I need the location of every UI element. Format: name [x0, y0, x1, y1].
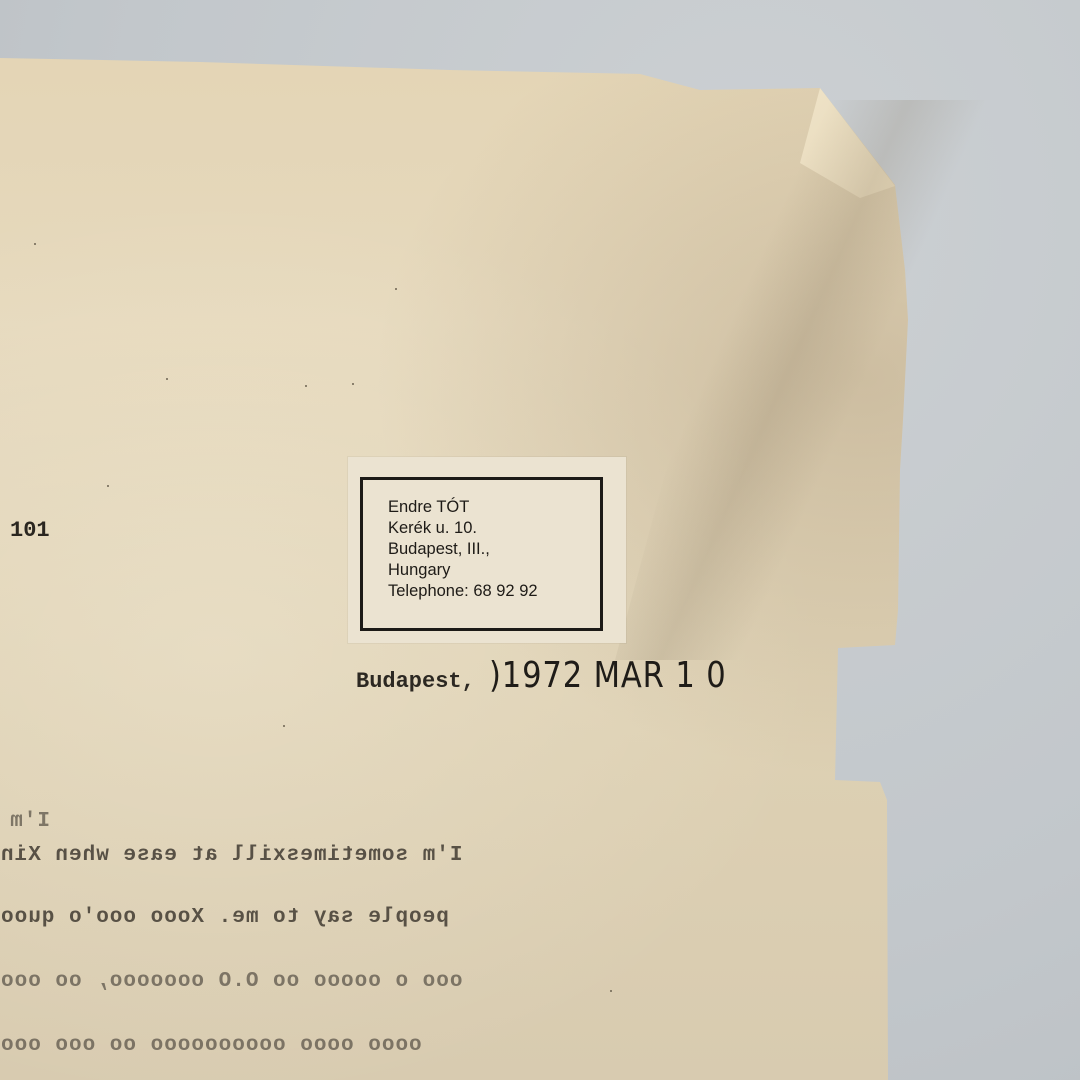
- typed-line: people say to me. Xooo ooo'o quoo: [0, 906, 650, 929]
- address-lines: Endre TÓT Kerék u. 10. Budapest, III., H…: [388, 497, 538, 602]
- address-country: Hungary: [388, 560, 538, 581]
- typed-line: ooo o ooooo oo O.O ooooooo, oo ooo: [0, 970, 650, 993]
- address-name: Endre TÓT: [388, 497, 538, 518]
- ink-speck: [283, 725, 285, 727]
- ink-speck: [352, 383, 354, 385]
- ink-speck: [166, 378, 168, 380]
- typed-line: oooo oooo oooooooooo oo ooo ooo: [0, 1034, 650, 1057]
- address-street: Kerék u. 10.: [388, 518, 538, 539]
- dateline-place: Budapest,: [356, 669, 475, 694]
- ink-speck: [107, 485, 109, 487]
- address-city: Budapest, III.,: [388, 539, 538, 560]
- ink-speck: [34, 243, 36, 245]
- date-stamp: )1972 MAR 1 0: [489, 655, 727, 696]
- ink-speck: [395, 288, 397, 290]
- address-label: Endre TÓT Kerék u. 10. Budapest, III., H…: [348, 457, 626, 643]
- page-number: 101: [10, 518, 50, 543]
- typed-line: I'm sometimesxill at ease when Xin: [0, 844, 650, 867]
- typed-line: I'm: [0, 810, 50, 833]
- address-telephone: Telephone: 68 92 92: [388, 581, 538, 602]
- ink-speck: [305, 385, 307, 387]
- dateline: Budapest, )1972 MAR 1 0: [356, 655, 768, 695]
